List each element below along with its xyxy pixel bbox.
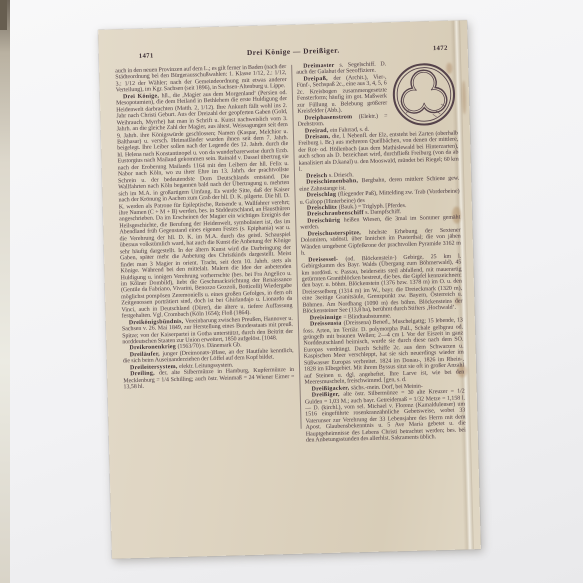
entry-headword: Drei Könige, — [123, 93, 162, 100]
entry-headword: Dreipaß, — [303, 76, 333, 83]
page-number-right: 1472 — [433, 45, 448, 52]
entry-headword: Dreiphasenstrom — [304, 114, 358, 121]
entry-paragraph: Drei Könige, hll., die ‚Magier aus dem M… — [116, 90, 293, 320]
text-columns: auch in den neuen Provinzen auf dem L.; … — [115, 60, 466, 450]
entry-paragraph: Dreiling, der, alte Silbermünze in Hambu… — [123, 367, 294, 391]
page-content: 1471 Drei Könige — Dreißiger. 1472 auch … — [115, 43, 469, 559]
page-number-left: 1471 — [139, 52, 154, 59]
entry-headword: Dreischlag — [306, 192, 338, 199]
entry-paragraph: Dreisam, die, l. Nebenfl. der Elz, entst… — [298, 131, 459, 174]
entry-headword: Dreissensia — [310, 321, 344, 328]
column-right: Dreimaster s. Segelschiff. D. auch der G… — [296, 60, 466, 445]
foxing-spot — [462, 80, 467, 114]
entry-headword: Dreischienenbahn, — [306, 178, 362, 185]
entry-headword: Dreißiger, — [312, 392, 344, 399]
page-title: Drei Könige — Dreißiger. — [153, 43, 433, 59]
entry-paragraph: Dreikönigsbündnis, Vereinbarung zwischen… — [122, 316, 294, 346]
entry-paragraph: Dreißiger, alte östr. Silbermünze = 30 a… — [305, 389, 466, 445]
trefoil-icon — [390, 60, 458, 130]
entry-headword: Dreischusterspitze, — [307, 230, 368, 238]
entry-headword: Dreischürig — [307, 217, 344, 224]
photo-background: 1471 Drei Könige — Dreißiger. 1472 auch … — [0, 0, 583, 583]
photo-edge-corner — [0, 0, 7, 30]
photo-edge-strip — [0, 0, 10, 583]
entry-headword: Dreiling, — [130, 371, 159, 378]
entry-headword: Dreisessel- — [308, 256, 345, 263]
entry-paragraph: Dreissensia (Dreissena) Bened., Muschelg… — [303, 318, 465, 387]
column-left: auch in den neuen Provinzen auf dem L.; … — [115, 64, 296, 449]
entry-headword: Dreisam, — [305, 134, 332, 141]
page-header: 1471 Drei Könige — Dreißiger. 1472 — [115, 43, 456, 61]
entry-paragraph: Dreisessel- (od. Blöckenstein-) Gebirge,… — [301, 253, 462, 315]
dreipass-trefoil-figure — [390, 60, 458, 130]
book-page: 1471 Drei Könige — Dreißiger. 1472 auch … — [98, 20, 481, 558]
entry-headword: Dreiläufer, — [130, 351, 163, 358]
entry-headword: Dreimaster — [303, 63, 339, 70]
entry-headword: Dreikönigsbündnis, — [129, 318, 185, 325]
